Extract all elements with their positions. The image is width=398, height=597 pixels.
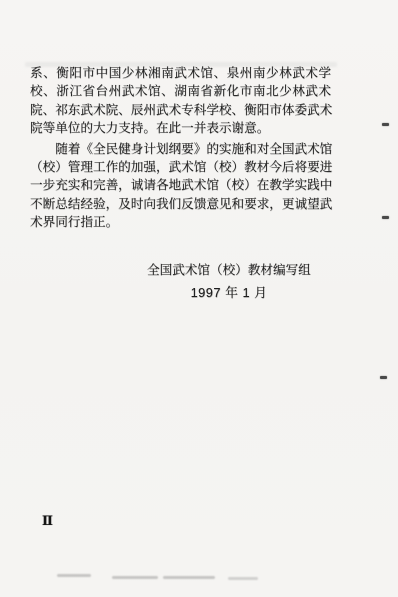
paragraph-outlook: 随着《全民健身计划纲要》的实施和对全国武术馆 （校）管理工作的加强，武术馆（校）…: [30, 140, 331, 232]
scan-artifact-smudge: [228, 577, 258, 580]
signature-author: 全国武术馆（校）教材编写组: [147, 261, 311, 279]
signature-date: 1997 年 1 月: [147, 284, 311, 302]
text-line: 不断总结经验，及时向我们反馈意见和要求，更诚望武: [30, 195, 331, 213]
body-text: 系、衡阳市中国少林湘南武术馆、泉州南少林武术学 校、浙江省台州武术馆、湖南省新化…: [30, 64, 331, 232]
text-line: 系、衡阳市中国少林湘南武术馆、泉州南少林武术学: [30, 64, 331, 82]
scan-artifact-dash: [382, 216, 389, 219]
scan-artifact-dash: [382, 123, 389, 126]
text-line: 术界同行指正。: [30, 213, 331, 231]
text-line: 一步充实和完善，诚请各地武术馆（校）在教学实践中: [30, 176, 331, 194]
text-line: （校）管理工作的加强，武术馆（校）教材今后将要进: [30, 158, 331, 176]
text-line: 院、祁东武术院、辰州武术专科学校、衡阳市体委武术: [30, 101, 331, 119]
page-number: Ⅱ: [42, 514, 52, 529]
text-line: 随着《全民健身计划纲要》的实施和对全国武术馆: [30, 140, 331, 158]
signature-block: 全国武术馆（校）教材编写组 1997 年 1 月: [147, 261, 311, 302]
scan-artifact-smudge: [112, 576, 158, 579]
text-line: 院等单位的大力支持。在此一并表示谢意。: [30, 119, 331, 137]
scan-artifact-smudge: [57, 574, 91, 577]
scanned-book-page: 系、衡阳市中国少林湘南武术馆、泉州南少林武术学 校、浙江省台州武术馆、湖南省新化…: [0, 0, 398, 597]
scan-artifact-smudge: [163, 576, 215, 579]
paragraph-acknowledgements: 系、衡阳市中国少林湘南武术馆、泉州南少林武术学 校、浙江省台州武术馆、湖南省新化…: [30, 64, 331, 138]
scan-artifact-dash: [380, 376, 387, 379]
text-line: 校、浙江省台州武术馆、湖南省新化市南北少林武术: [30, 82, 331, 100]
